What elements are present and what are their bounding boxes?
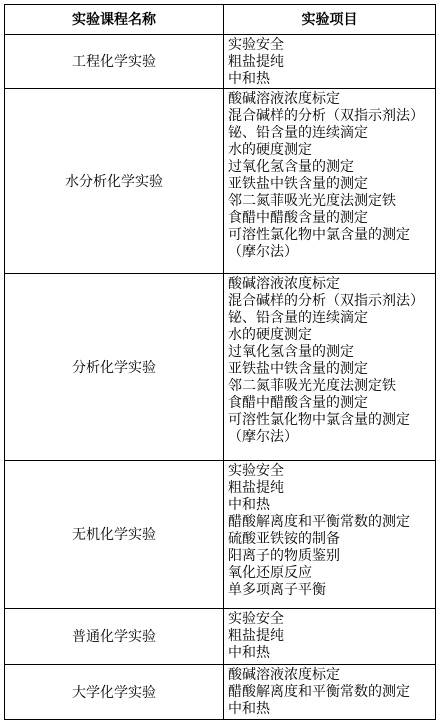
experiment-course-table: 实验课程名称 实验项目 工程化学实验 实验安全粗盐提纯中和热 水分析化学实验 酸… <box>4 4 436 720</box>
table-row: 大学化学实验 酸碱溶液浓度标定醋酸解离度和平衡常数的测定中和热 <box>5 665 436 720</box>
experiment-items-cell: 实验安全粗盐提纯中和热 <box>224 609 436 665</box>
course-name-cell: 大学化学实验 <box>5 665 224 720</box>
experiment-item: 硫酸亚铁铵的制备 <box>228 530 432 547</box>
table-row: 普通化学实验 实验安全粗盐提纯中和热 <box>5 609 436 665</box>
experiment-item: 醋酸解离度和平衡常数的测定 <box>228 513 432 530</box>
table-row: 分析化学实验 酸碱溶液浓度标定混合碱样的分析（双指示剂法）铋、铅含量的连续滴定水… <box>5 274 436 461</box>
experiment-items-cell: 实验安全粗盐提纯中和热 <box>224 35 436 89</box>
experiment-item: 中和热 <box>228 70 432 87</box>
experiment-item: 阳离子的物质鉴别 <box>228 547 432 564</box>
course-name-cell: 普通化学实验 <box>5 609 224 665</box>
experiment-item: 过氧化氢含量的测定 <box>228 343 432 360</box>
experiment-item: 酸碱溶液浓度标定 <box>228 90 432 107</box>
experiment-items-cell: 酸碱溶液浓度标定混合碱样的分析（双指示剂法）铋、铅含量的连续滴定水的硬度测定过氧… <box>224 274 436 461</box>
experiment-item: 实验安全 <box>228 36 432 53</box>
experiment-item: 单多项离子平衡 <box>228 581 432 598</box>
experiment-item: 酸碱溶液浓度标定 <box>228 666 432 683</box>
table-row: 工程化学实验 实验安全粗盐提纯中和热 <box>5 35 436 89</box>
experiment-item: 醋酸解离度和平衡常数的测定 <box>228 683 432 700</box>
course-name-cell: 水分析化学实验 <box>5 89 224 274</box>
experiment-item: 邻二氮菲吸光光度法测定铁 <box>228 192 432 209</box>
experiment-items-cell: 酸碱溶液浓度标定混合碱样的分析（双指示剂法）铋、铅含量的连续滴定水的硬度测定过氧… <box>224 89 436 274</box>
experiment-item: 可溶性氯化物中氯含量的测定（摩尔法） <box>228 411 432 445</box>
experiment-item: 粗盐提纯 <box>228 479 432 496</box>
experiment-item: 水的硬度测定 <box>228 326 432 343</box>
experiment-item: 亚铁盐中铁含量的测定 <box>228 175 432 192</box>
experiment-item: 水的硬度测定 <box>228 141 432 158</box>
course-name-cell: 工程化学实验 <box>5 35 224 89</box>
experiment-item: 混合碱样的分析（双指示剂法） <box>228 292 432 309</box>
experiment-item: 粗盐提纯 <box>228 627 432 644</box>
experiment-item: 亚铁盐中铁含量的测定 <box>228 360 432 377</box>
experiment-item: 实验安全 <box>228 462 432 479</box>
experiment-item: 中和热 <box>228 700 432 717</box>
experiment-item: 实验安全 <box>228 610 432 627</box>
table-row: 无机化学实验 实验安全粗盐提纯中和热醋酸解离度和平衡常数的测定硫酸亚铁铵的制备阳… <box>5 461 436 609</box>
table-header: 实验课程名称 实验项目 <box>5 5 436 35</box>
experiment-item: 酸碱溶液浓度标定 <box>228 275 432 292</box>
experiment-item: 混合碱样的分析（双指示剂法） <box>228 107 432 124</box>
experiment-item: 过氧化氢含量的测定 <box>228 158 432 175</box>
header-experiment-items: 实验项目 <box>224 5 436 35</box>
experiment-item: 氧化还原反应 <box>228 564 432 581</box>
experiment-item: 铋、铅含量的连续滴定 <box>228 309 432 326</box>
experiment-item: 中和热 <box>228 644 432 661</box>
experiment-item: 食醋中醋酸含量的测定 <box>228 394 432 411</box>
experiment-item: 可溶性氯化物中氯含量的测定（摩尔法） <box>228 226 432 260</box>
experiment-item: 铋、铅含量的连续滴定 <box>228 124 432 141</box>
table-row: 水分析化学实验 酸碱溶液浓度标定混合碱样的分析（双指示剂法）铋、铅含量的连续滴定… <box>5 89 436 274</box>
table-body: 工程化学实验 实验安全粗盐提纯中和热 水分析化学实验 酸碱溶液浓度标定混合碱样的… <box>5 35 436 720</box>
experiment-items-cell: 酸碱溶液浓度标定醋酸解离度和平衡常数的测定中和热 <box>224 665 436 720</box>
course-name-cell: 无机化学实验 <box>5 461 224 609</box>
experiment-item: 中和热 <box>228 496 432 513</box>
experiment-items-cell: 实验安全粗盐提纯中和热醋酸解离度和平衡常数的测定硫酸亚铁铵的制备阳离子的物质鉴别… <box>224 461 436 609</box>
experiment-item: 食醋中醋酸含量的测定 <box>228 209 432 226</box>
course-name-cell: 分析化学实验 <box>5 274 224 461</box>
header-row: 实验课程名称 实验项目 <box>5 5 436 35</box>
experiment-item: 粗盐提纯 <box>228 53 432 70</box>
header-course-name: 实验课程名称 <box>5 5 224 35</box>
experiment-item: 邻二氮菲吸光光度法测定铁 <box>228 377 432 394</box>
